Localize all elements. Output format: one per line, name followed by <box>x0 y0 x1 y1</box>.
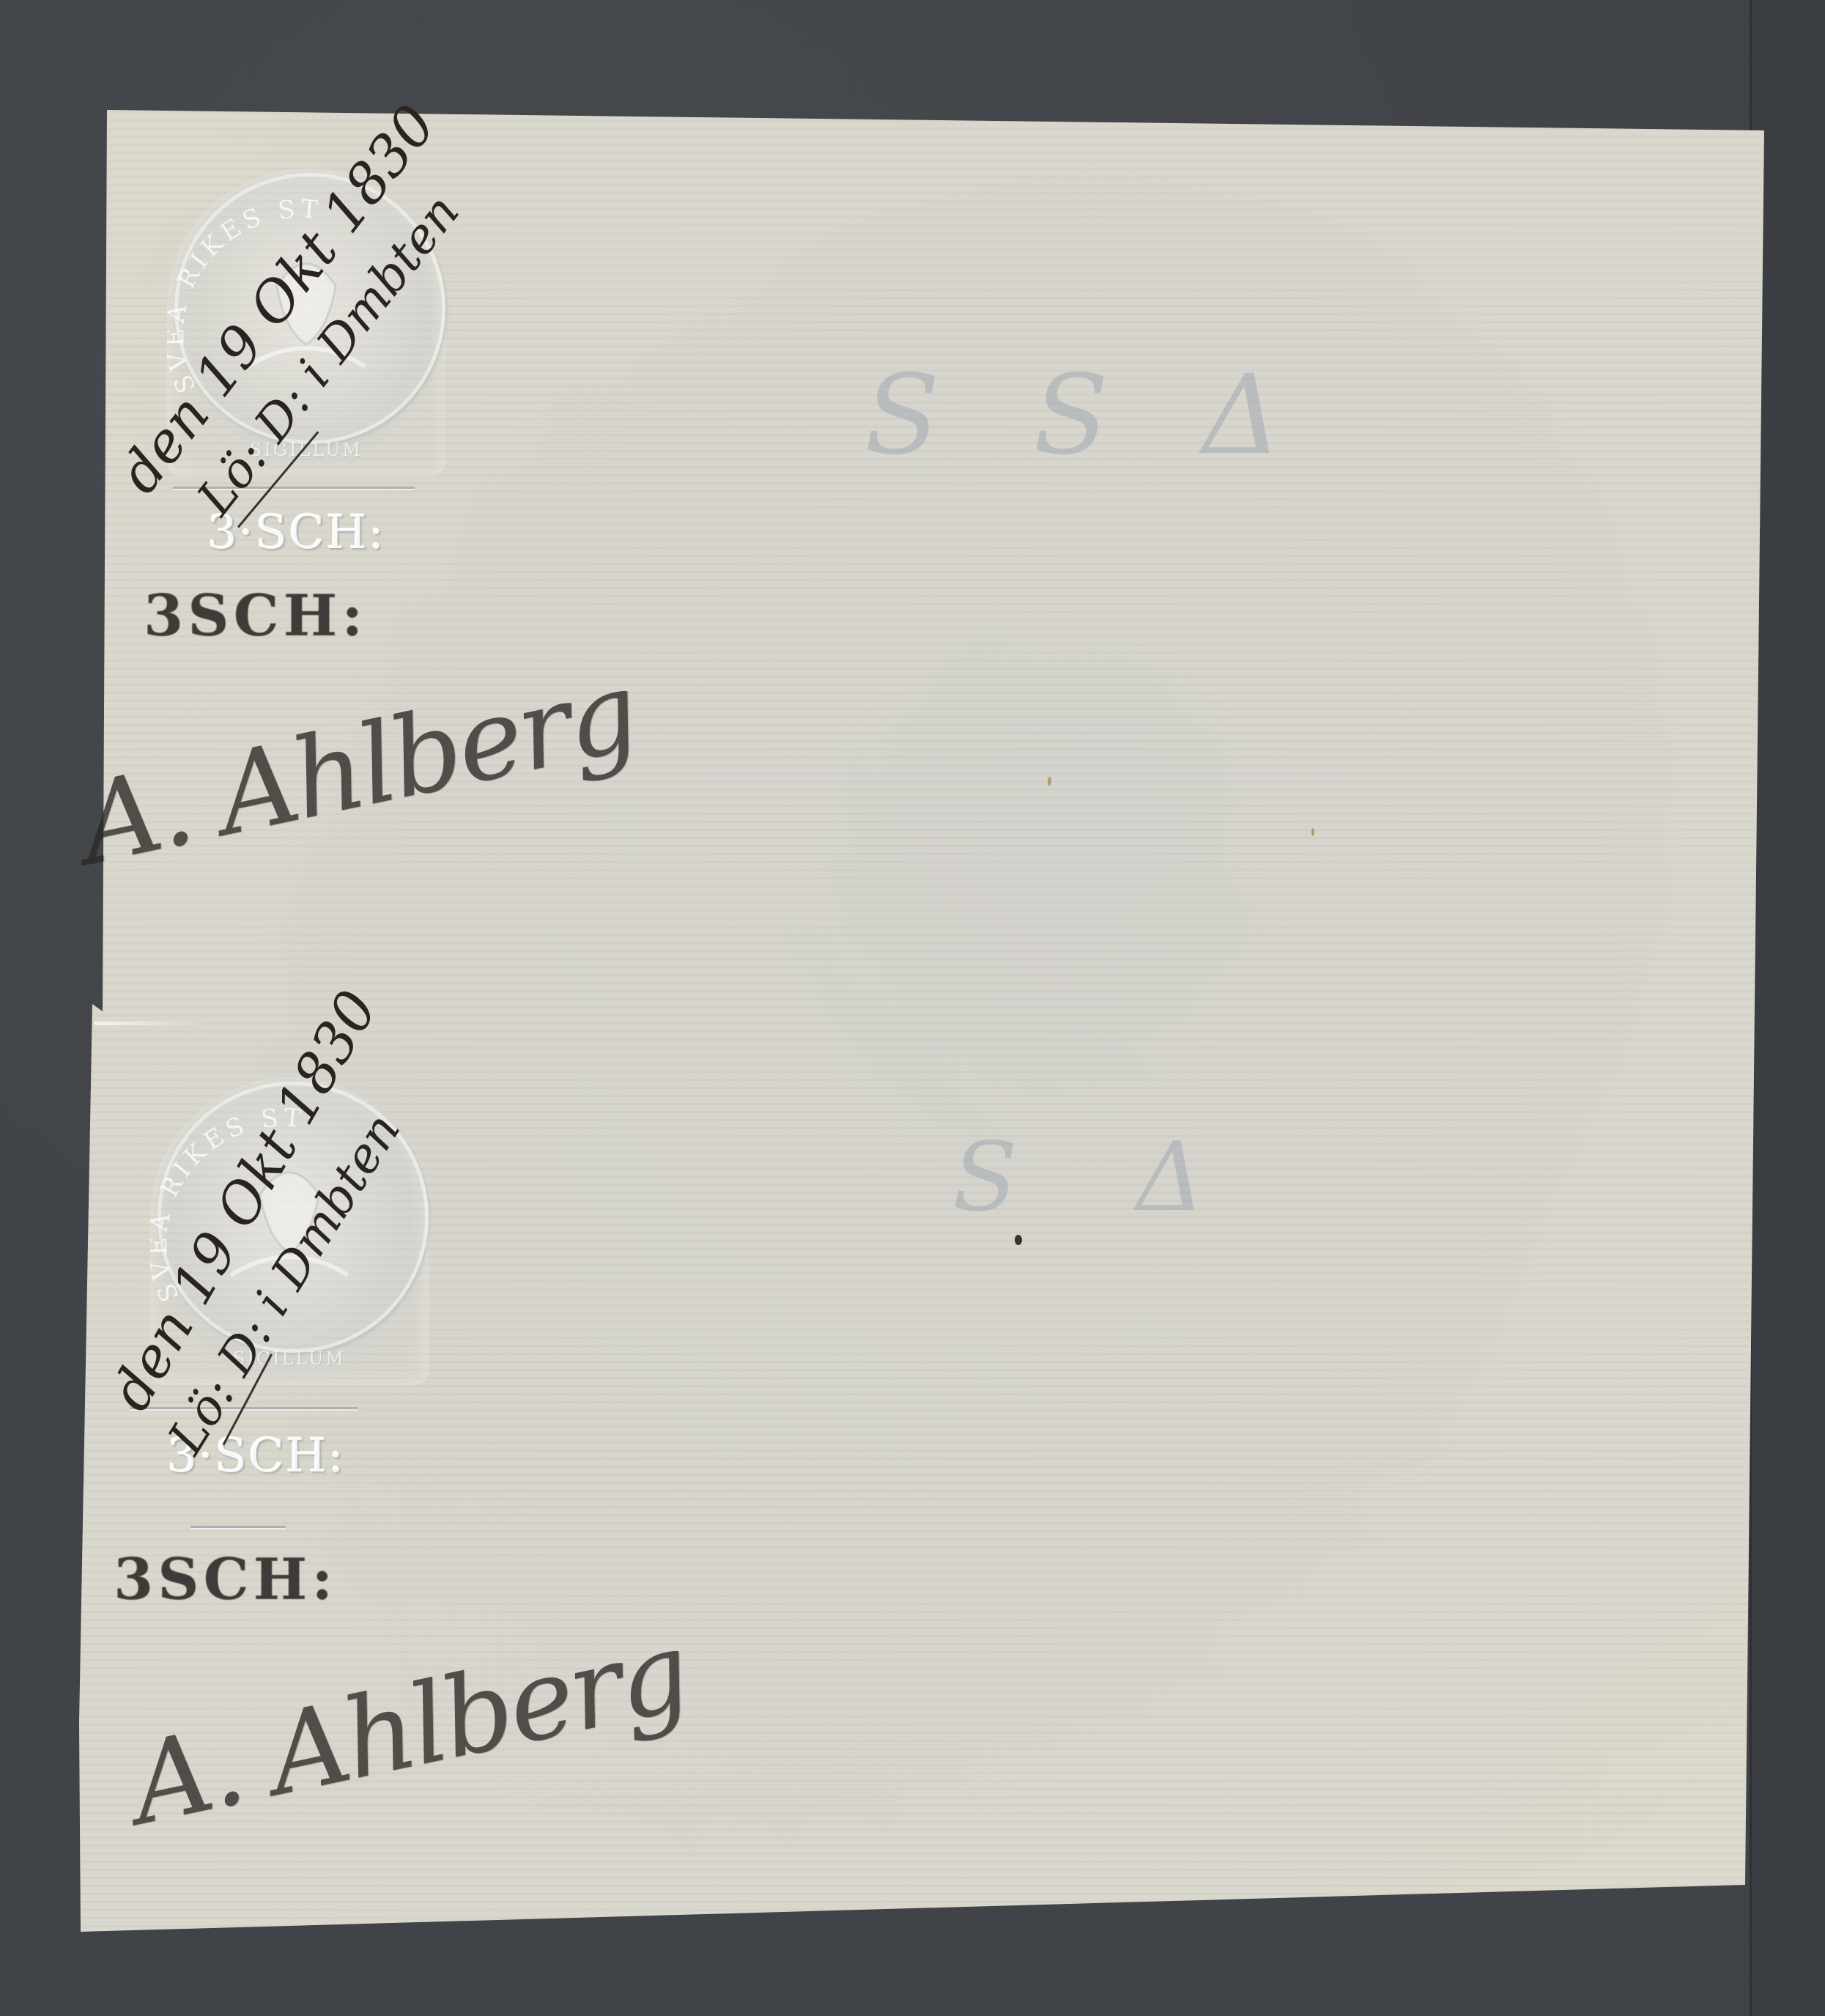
ink-speck <box>1015 1235 1022 1245</box>
printed-value-lower: 3SCH: <box>114 1546 337 1613</box>
fibre-speck <box>1311 828 1314 836</box>
bleed-through-upper: S S Δ <box>865 352 1311 479</box>
printed-value-upper: 3SCH: <box>144 583 367 649</box>
bleed-through-lower: S Δ <box>952 1121 1248 1233</box>
seal-rule <box>190 1526 286 1528</box>
fibre-speck <box>1048 777 1051 786</box>
fold-crease <box>94 1022 211 1025</box>
